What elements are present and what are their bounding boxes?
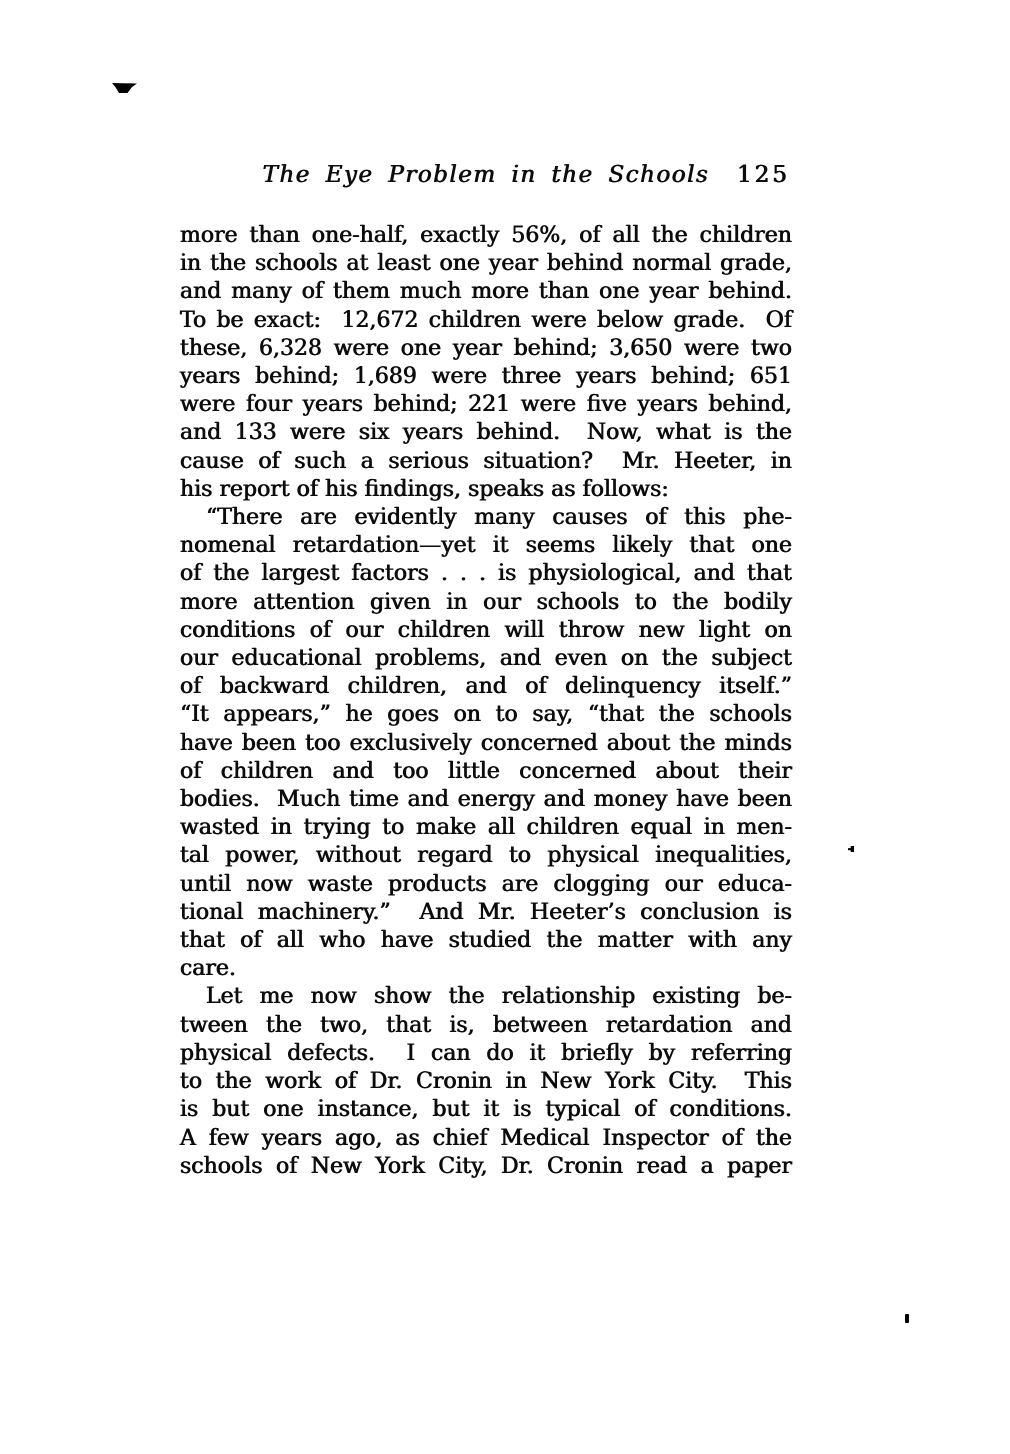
ink-speck <box>905 1314 909 1323</box>
text-line: bodies. Much time and energy and money h… <box>180 786 792 814</box>
text-line: Let me now show the relationship existin… <box>180 983 792 1011</box>
running-title: The Eye Problem in the Schools <box>180 162 792 188</box>
scanned-book-page: The Eye Problem in the Schools 125 more … <box>0 0 1010 1454</box>
paragraph: Let me now show the relationship existin… <box>180 983 792 1180</box>
text-line: cause of such a serious situation? Mr. H… <box>180 448 792 476</box>
text-line: years behind; 1,689 were three years beh… <box>180 363 792 391</box>
text-line: and many of them much more than one year… <box>180 278 792 306</box>
text-line: “There are evidently many causes of this… <box>180 504 792 532</box>
paragraph: more than one-half, exactly 56%, of all … <box>180 222 792 504</box>
text-line: that of all who have studied the matter … <box>180 927 792 955</box>
text-line: of children and too little concerned abo… <box>180 758 792 786</box>
text-line: of the largest factors . . . is physiolo… <box>180 560 792 588</box>
text-line: is but one instance, but it is typical o… <box>180 1096 792 1124</box>
text-line: nomenal retardation—yet it seems likely … <box>180 532 792 560</box>
text-line: in the schools at least one year behind … <box>180 250 792 278</box>
text-line: care. <box>180 955 792 983</box>
text-line: until now waste products are clogging ou… <box>180 871 792 899</box>
text-line: our educational problems, and even on th… <box>180 645 792 673</box>
text-line: physical defects. I can do it briefly by… <box>180 1040 792 1068</box>
text-line: A few years ago, as chief Medical Inspec… <box>180 1125 792 1153</box>
text-line: have been too exclusively concerned abou… <box>180 730 792 758</box>
text-line: to the work of Dr. Cronin in New York Ci… <box>180 1068 792 1096</box>
text-line: tional machinery.” And Mr. Heeter’s conc… <box>180 899 792 927</box>
body-text: more than one-half, exactly 56%, of all … <box>180 222 792 1181</box>
text-line: conditions of our children will throw ne… <box>180 617 792 645</box>
text-line: tween the two, that is, between retardat… <box>180 1012 792 1040</box>
text-line: these, 6,328 were one year behind; 3,650… <box>180 335 792 363</box>
text-line: more than one-half, exactly 56%, of all … <box>180 222 792 250</box>
text-line: “It appears,” he goes on to say, “that t… <box>180 701 792 729</box>
text-line: were four years behind; 221 were five ye… <box>180 391 792 419</box>
text-line: and 133 were six years behind. Now, what… <box>180 419 792 447</box>
page-header: The Eye Problem in the Schools 125 <box>180 162 792 194</box>
text-line: of backward children, and of delinquency… <box>180 673 792 701</box>
text-line: To be exact: 12,672 children were below … <box>180 307 792 335</box>
text-line: more attention given in our schools to t… <box>180 589 792 617</box>
ink-smudge <box>112 83 137 93</box>
paragraph: “There are evidently many causes of this… <box>180 504 792 983</box>
text-line: schools of New York City, Dr. Cronin rea… <box>180 1153 792 1181</box>
ink-speck <box>848 846 854 852</box>
text-line: his report of his findings, speaks as fo… <box>180 476 792 504</box>
text-line: tal power, without regard to physical in… <box>180 842 792 870</box>
page-number: 125 <box>737 162 790 188</box>
text-line: wasted in trying to make all children eq… <box>180 814 792 842</box>
